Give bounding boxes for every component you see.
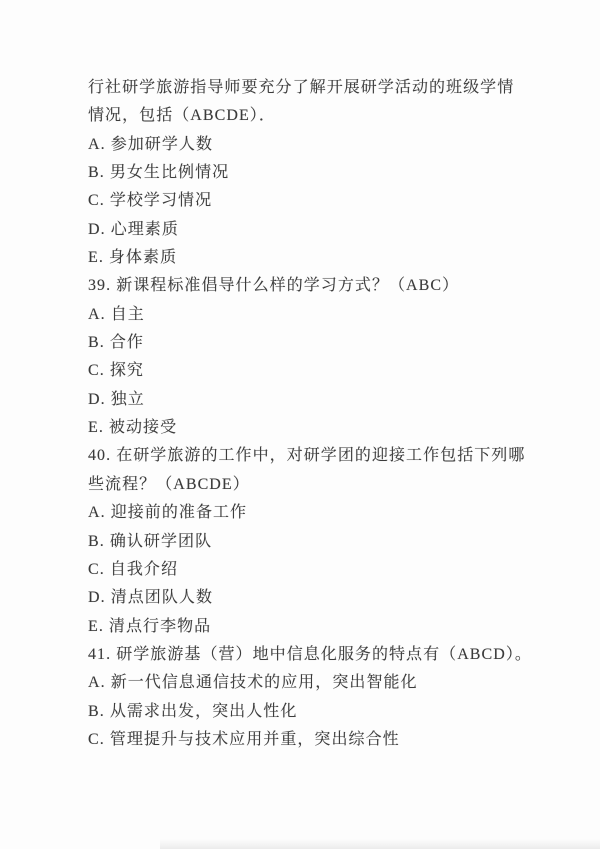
option-line: E. 身体素质 bbox=[88, 244, 548, 272]
question-line: 40. 在研学旅游的工作中，对研学团的迎接工作包括下列哪 bbox=[88, 442, 548, 470]
question-line: 41. 研学旅游基（营）地中信息化服务的特点有（ABCD）。 bbox=[88, 641, 548, 669]
document-text-block: 行社研学旅游指导师要充分了解开展研学活动的班级学情 情况，包括（ABCDE）． … bbox=[88, 74, 548, 754]
option-line: A. 迎接前的准备工作 bbox=[88, 499, 548, 527]
option-line: E. 被动接受 bbox=[88, 414, 548, 442]
option-line: A. 自主 bbox=[88, 301, 548, 329]
option-line: C. 探究 bbox=[88, 357, 548, 385]
option-line: B. 合作 bbox=[88, 329, 548, 357]
option-line: B. 男女生比例情况 bbox=[88, 159, 548, 187]
question-continuation-line: 情况，包括（ABCDE）． bbox=[88, 102, 548, 130]
question-continuation-line: 行社研学旅游指导师要充分了解开展研学活动的班级学情 bbox=[88, 74, 548, 102]
scan-artifact bbox=[160, 839, 600, 849]
option-line: E. 清点行李物品 bbox=[88, 613, 548, 641]
question-line: 39. 新课程标准倡导什么样的学习方式？（ABC） bbox=[88, 272, 548, 300]
option-line: C. 管理提升与技术应用并重，突出综合性 bbox=[88, 726, 548, 754]
question-continuation-line: 些流程？（ABCDE） bbox=[88, 471, 548, 499]
option-line: B. 从需求出发，突出人性化 bbox=[88, 698, 548, 726]
option-line: A. 参加研学人数 bbox=[88, 131, 548, 159]
option-line: D. 独立 bbox=[88, 386, 548, 414]
option-line: C. 自我介绍 bbox=[88, 556, 548, 584]
option-line: D. 心理素质 bbox=[88, 216, 548, 244]
option-line: D. 清点团队人数 bbox=[88, 584, 548, 612]
option-line: A. 新一代信息通信技术的应用，突出智能化 bbox=[88, 669, 548, 697]
option-line: C. 学校学习情况 bbox=[88, 187, 548, 215]
document-page: 行社研学旅游指导师要充分了解开展研学活动的班级学情 情况，包括（ABCDE）． … bbox=[0, 0, 600, 849]
option-line: B. 确认研学团队 bbox=[88, 528, 548, 556]
